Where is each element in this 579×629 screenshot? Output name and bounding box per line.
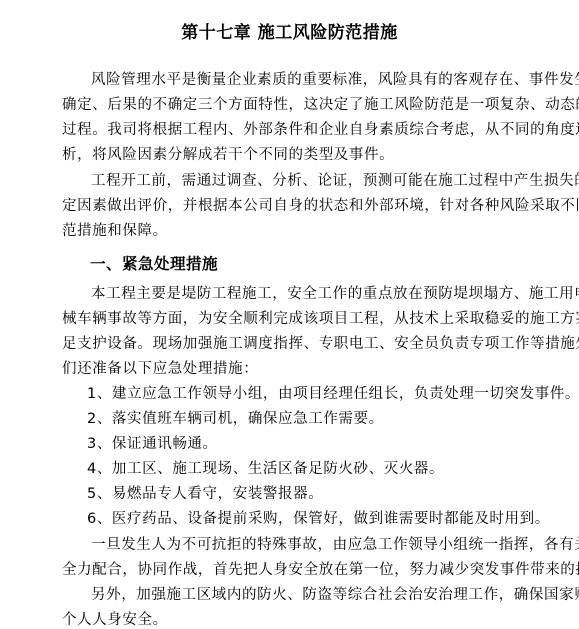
text-line: 们还准备以下应急处理措施： — [62, 359, 537, 379]
text-line: 械车辆事故等方面，为安全顺利完成该项目工程，从技术上采取稳妥的施工方案，备 — [62, 309, 537, 329]
text-line: 一旦发生人为不可抗拒的特殊事故，由应急工作领导小组统一指挥，各有关人员 — [91, 535, 566, 555]
list-item: 3、保证通讯畅通。 — [87, 434, 562, 454]
document-page: 第十七章 施工风险防范措施 风险管理水平是衡量企业素质的重要标准，风险具有的客观… — [0, 0, 579, 629]
list-item: 4、加工区、施工现场、生活区备足防火砂、灭火器。 — [87, 459, 562, 479]
text-line: 风险管理水平是衡量企业素质的重要标准，风险具有的客观存在、事件发生的不 — [91, 70, 566, 90]
text-line: 全力配合，协同作战，首先把人身安全放在第一位，努力减少突发事件带来的损失。 — [62, 560, 537, 580]
text-line: 范措施和保障。 — [62, 221, 537, 241]
text-line: 本工程主要是堤防工程施工，安全工作的重点放在预防堤坝塌方、施工用电、机 — [91, 284, 566, 304]
text-line: 足支护设备。现场加强施工调度指挥、专职电工、安全员负责专项工作等措施外，我 — [62, 334, 537, 354]
chapter-title: 第十七章 施工风险防范措施 — [0, 18, 579, 43]
list-item: 2、落实值班车辆司机，确保应急工作需要。 — [87, 409, 562, 429]
text-line: 另外，加强施工区域内的防火、防盗等综合社会治安治理工作，确保国家财产和 — [91, 585, 566, 605]
text-line: 确定、后果的不确定三个方面特性，这决定了施工风险防范是一项复杂、动态的管理 — [62, 95, 537, 115]
section-heading: 一、紧急处理措施 — [90, 252, 218, 274]
text-line: 工程开工前，需通过调查、分析、论证，预测可能在施工过程中产生损失的不确 — [91, 171, 566, 191]
list-item: 1、建立应急工作领导小组，由项目经理任组长，负责处理一切突发事件。 — [87, 384, 562, 404]
list-item: 6、医疗药品、设备提前采购，保管好，做到谁需要时都能及时用到。 — [87, 509, 562, 529]
text-line: 个人人身安全。 — [62, 610, 537, 629]
text-line: 定因素做出评价，并根据本公司自身的状态和外部环境，针对各种风险采取不同的防 — [62, 196, 537, 216]
list-item: 5、易燃品专人看守，安装警报器。 — [87, 484, 562, 504]
text-line: 过程。我司将根据工程内、外部条件和企业自身素质综合考虑，从不同的角度进行分 — [62, 120, 537, 140]
text-line: 析，将风险因素分解成若干个不同的类型及事件。 — [62, 145, 537, 165]
